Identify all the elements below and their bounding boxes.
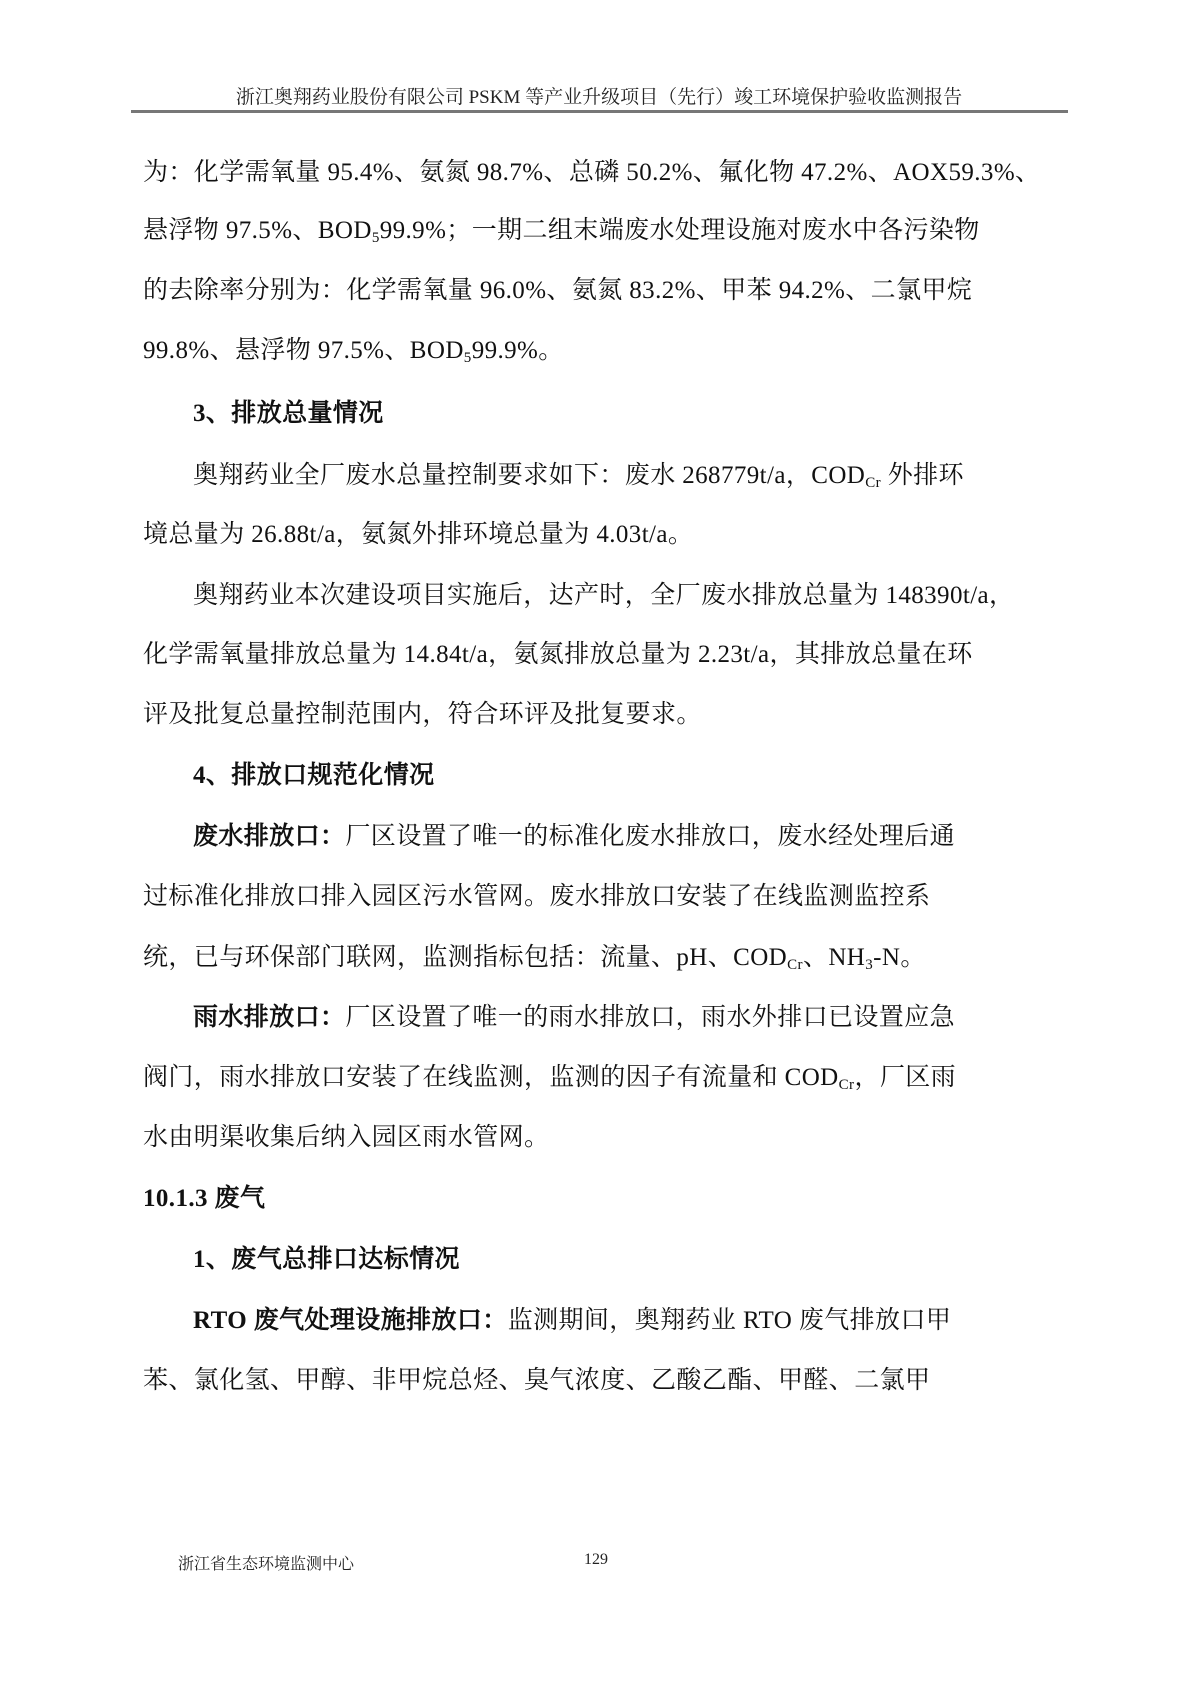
text-run: 、NH <box>803 944 865 971</box>
text-run: 厂区设置了唯一的雨水排放口，雨水外排口已设置应急 <box>345 1004 955 1031</box>
body-line: 评及批复总量控制范围内，符合环评及批复要求。 <box>143 694 702 730</box>
body-line: 废水排放口：厂区设置了唯一的标准化废水排放口，废水经处理后通 <box>193 816 955 852</box>
run-in-heading: 废水排放口： <box>193 823 345 850</box>
running-header: 浙江奥翔药业股份有限公司 PSKM 等产业升级项目（先行）竣工环境保护验收监测报… <box>130 82 1068 109</box>
text-run: 悬浮物 97.5%、BOD <box>143 217 372 244</box>
run-in-heading: RTO 废气处理设施排放口： <box>193 1307 508 1334</box>
body-line: 的去除率分别为：化学需氧量 96.0%、氨氮 83.2%、甲苯 94.2%、二氯… <box>143 270 972 306</box>
text-run: 统，已与环保部门联网，监测指标包括：流量、pH、COD <box>143 944 787 971</box>
text-run: 厂区设置了唯一的标准化废水排放口，废水经处理后通 <box>345 823 955 850</box>
text-run: 99.9%；一期二组末端废水处理设施对废水中各污染物 <box>380 217 980 244</box>
body-line: 境总量为 26.88t/a，氨氮外排环境总量为 4.03t/a。 <box>143 514 693 550</box>
section-heading: 3、排放总量情况 <box>193 393 384 429</box>
subscript: Cr <box>865 475 881 491</box>
body-line: 阀门，雨水排放口安装了在线监测，监测的因子有流量和 CODCr，厂区雨 <box>143 1057 956 1093</box>
text-run: 99.8%、悬浮物 97.5%、BOD <box>143 337 464 364</box>
subscript: 5 <box>372 230 380 246</box>
body-line: 奥翔药业本次建设项目实施后，达产时，全厂废水排放总量为 148390t/a， <box>193 575 1014 611</box>
body-line: 奥翔药业全厂废水总量控制要求如下：废水 268779t/a，CODCr 外排环 <box>193 455 964 491</box>
body-line: 悬浮物 97.5%、BOD599.9%；一期二组末端废水处理设施对废水中各污染物 <box>143 210 980 246</box>
subscript: Cr <box>839 1077 855 1093</box>
text-run: 奥翔药业全厂废水总量控制要求如下：废水 268779t/a，COD <box>193 462 865 489</box>
section-heading: 4、排放口规范化情况 <box>193 755 435 791</box>
text-run: 外排环 <box>881 462 964 489</box>
footer-organization: 浙江省生态环境监测中心 <box>178 1551 354 1574</box>
text-run: 阀门，雨水排放口安装了在线监测，监测的因子有流量和 COD <box>143 1064 839 1091</box>
text-run: 监测期间，奥翔药业 RTO 废气排放口甲 <box>508 1307 952 1334</box>
run-in-heading: 雨水排放口： <box>193 1004 345 1031</box>
body-line: 水由明渠收集后纳入园区雨水管网。 <box>143 1117 549 1153</box>
page-number: 129 <box>584 1551 608 1569</box>
subscript: 3 <box>865 957 873 973</box>
subscript: Cr <box>787 957 803 973</box>
body-line: 99.8%、悬浮物 97.5%、BOD599.9%。 <box>143 330 564 366</box>
text-run: ，厂区雨 <box>854 1064 956 1091</box>
text-run: -N。 <box>873 944 926 971</box>
body-line: 为：化学需氧量 95.4%、氨氮 98.7%、总磷 50.2%、氟化物 47.2… <box>143 152 1040 188</box>
body-line: RTO 废气处理设施排放口：监测期间，奥翔药业 RTO 废气排放口甲 <box>193 1300 951 1336</box>
header-divider <box>131 110 1068 113</box>
subscript: 5 <box>464 350 472 366</box>
body-line: 化学需氧量排放总量为 14.84t/a，氨氮排放总量为 2.23t/a，其排放总… <box>143 634 973 670</box>
subsection-heading: 1、废气总排口达标情况 <box>193 1239 460 1275</box>
text-run: 99.9%。 <box>472 337 564 364</box>
body-line: 统，已与环保部门联网，监测指标包括：流量、pH、CODCr、NH3-N。 <box>143 937 926 973</box>
section-heading: 10.1.3 废气 <box>143 1178 265 1214</box>
body-line: 苯、氯化氢、甲醇、非甲烷总烃、臭气浓度、乙酸乙酯、甲醛、二氯甲 <box>143 1360 930 1396</box>
body-line: 过标准化排放口排入园区污水管网。废水排放口安装了在线监测监控系 <box>143 876 930 912</box>
body-line: 雨水排放口：厂区设置了唯一的雨水排放口，雨水外排口已设置应急 <box>193 997 955 1033</box>
